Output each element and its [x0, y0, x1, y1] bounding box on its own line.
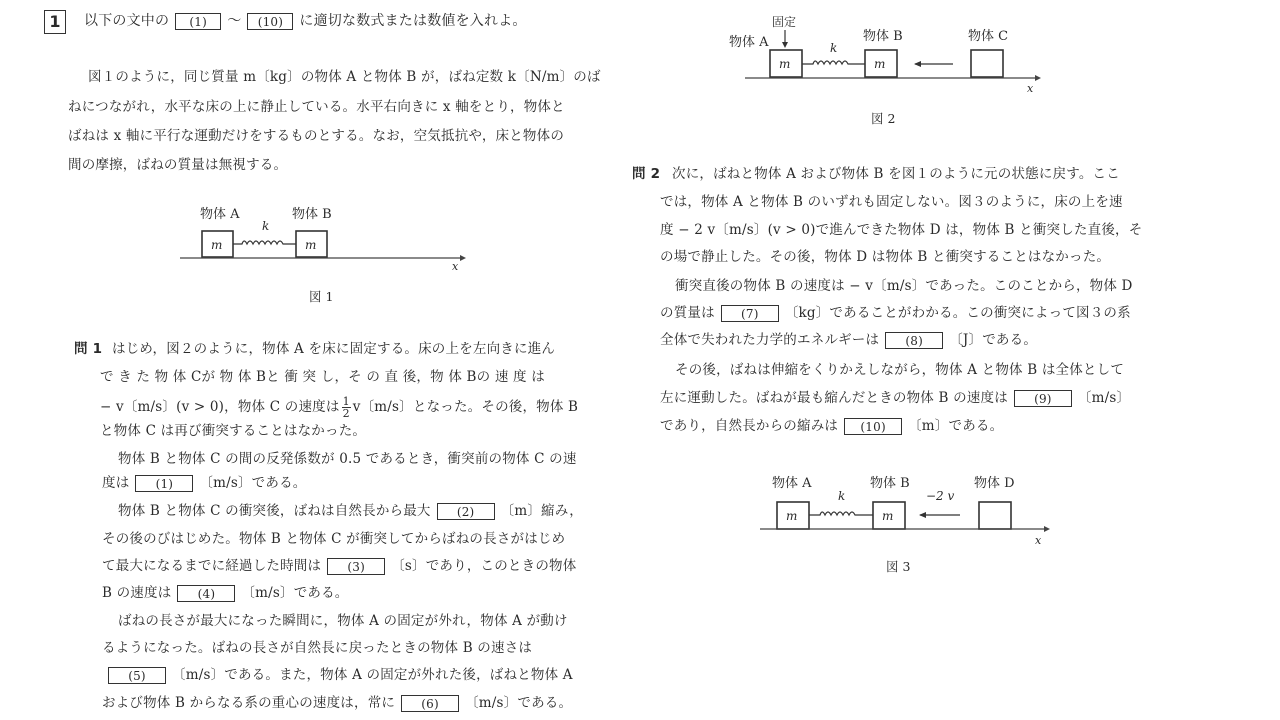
- q2-label: 問 2: [632, 165, 660, 183]
- q1-p3-line-4b: 〔m/s〕である。: [241, 585, 348, 601]
- fraction-one-half: 12: [342, 396, 351, 419]
- fig2-axis-label: x: [1027, 82, 1034, 94]
- fraction-denominator: 2: [342, 408, 351, 419]
- figure-2-caption: 図 2: [871, 109, 895, 127]
- fig3-axis-arrow-icon: [1044, 526, 1050, 532]
- answer-box-5[interactable]: (5): [108, 667, 166, 684]
- q1-line-4: と物体 C は再び衝突することはなかった。: [100, 422, 366, 440]
- fig1-axis-arrow-icon: [460, 255, 466, 261]
- fig2-fixed-arrow-icon: [782, 42, 788, 48]
- answer-box-6[interactable]: (6): [401, 695, 459, 712]
- fig1-spring-icon: [233, 241, 296, 244]
- fig1-mass-b: m: [305, 238, 316, 252]
- answer-box-8[interactable]: (8): [885, 332, 943, 349]
- q1-p4-line-1: ばねの長さが最大になった瞬間に，物体 A の固定が外れ，物体 A が動け: [118, 612, 568, 630]
- q2-p2-line-1: 衝突直後の物体 B の速度は − v〔m/s〕であった。このことから，物体 D: [675, 277, 1133, 295]
- answer-box-10[interactable]: (10): [844, 418, 902, 435]
- fig2-axis-arrow-icon: [1035, 75, 1041, 81]
- fig2-velocity-arrow-icon: [914, 61, 921, 67]
- instruction: 以下の文中の(1)～(10)に適切な数式または数値を入れよ。: [84, 12, 527, 30]
- q1-p3-line-3: て最大になるまでに経過した時間は(3)〔s〕であり，このときの物体: [102, 557, 576, 575]
- q2-p2-line-2b: 〔kg〕であることがわかる。この衝突によって図３の系: [785, 305, 1131, 321]
- answer-box-1[interactable]: (1): [135, 475, 193, 492]
- fig2-spring-icon: [802, 61, 865, 64]
- intro-line-3: ばねは x 軸に平行な運動だけをするものとする。なお，空気抵抗や，床と物体の: [68, 127, 564, 145]
- q1-p4-line-3: (5)〔m/s〕である。また，物体 A の固定が外れた後，ばねと物体 A: [100, 666, 573, 684]
- q1-p4-line-4b: 〔m/s〕である。: [465, 695, 572, 711]
- intro-line-1: 図１のように，同じ質量 m〔kg〕の物体 A と物体 B が，ばね定数 k〔N/…: [88, 68, 601, 86]
- q1-p4-line-4a: および物体 B からなる系の重心の速度は，常に: [102, 695, 395, 711]
- q1-p3-line-4a: B の速度は: [102, 585, 171, 601]
- fig1-mass-a: m: [211, 238, 222, 252]
- q1-p2-line-1: 物体 B と物体 C の間の反発係数が 0.5 であるとき，衝突前の物体 C の…: [118, 450, 577, 468]
- q2-p3-line-2: 左に運動した。ばねが最も縮んだときの物体 B の速度は(9)〔m/s〕: [660, 389, 1130, 407]
- fig3-velocity-arrow-icon: [919, 512, 926, 518]
- q1-p4-line-3b: 〔m/s〕である。また，物体 A の固定が外れた後，ばねと物体 A: [172, 667, 573, 683]
- q1-p3-line-4: B の速度は(4)〔m/s〕である。: [102, 584, 349, 602]
- figure-1-diagram: 物体 A 物体 B k m m x: [170, 200, 480, 280]
- fig2-spring-label: k: [830, 41, 837, 55]
- fig2-label-a: 物体 A: [729, 34, 769, 50]
- fig3-mass-a: m: [786, 509, 797, 523]
- figure-3-caption: 図 3: [886, 557, 910, 575]
- q2-p3-line-1: その後，ばねは伸縮をくりかえしながら，物体 A と物体 B は全体として: [675, 361, 1124, 379]
- q2-line-4: の場で静止した。その後，物体 D は物体 B と衝突することはなかった。: [660, 248, 1110, 266]
- fig2-object-c: [971, 50, 1003, 77]
- answer-box-2[interactable]: (2): [437, 503, 495, 520]
- fig3-mass-b: m: [882, 509, 893, 523]
- q1-p4-line-2: るようになった。ばねの長さが自然長に戻ったときの物体 B の速さは: [102, 639, 532, 657]
- q2-p3-line-3: であり，自然長からの縮みは(10)〔m〕である。: [660, 417, 1003, 435]
- q2-line-1: 次に，ばねと物体 A および物体 B を図１のように元の状態に戻す。ここ: [672, 165, 1120, 183]
- q2-p2-line-2a: の質量は: [660, 305, 715, 321]
- q1-p4-line-4: および物体 B からなる系の重心の速度は，常に(6)〔m/s〕である。: [102, 694, 572, 712]
- q1-line-3: − v〔m/s〕(v > 0)，物体 C の速度は12v〔m/s〕となった。その…: [100, 396, 578, 419]
- fig2-label-c: 物体 C: [968, 28, 1008, 44]
- fig3-velocity-label: −2 v: [926, 489, 955, 503]
- fig2-label-b: 物体 B: [863, 28, 903, 44]
- q1-p3-line-3a: て最大になるまでに経過した時間は: [102, 558, 321, 574]
- intro-line-4: 間の摩擦，ばねの質量は無視する。: [68, 156, 287, 174]
- fig1-label-b: 物体 B: [292, 206, 332, 222]
- answer-box-range-start: (1): [175, 13, 221, 30]
- q2-p3-line-2b: 〔m/s〕: [1078, 390, 1130, 406]
- fig3-label-a: 物体 A: [772, 475, 812, 491]
- answer-box-7[interactable]: (7): [721, 305, 779, 322]
- q2-line-2: では，物体 A と物体 B のいずれも固定しない。図３のように，床の上を速: [660, 193, 1123, 211]
- q2-p2-line-3b: 〔J〕である。: [949, 332, 1037, 348]
- fig3-spring-icon: [809, 512, 873, 515]
- fig2-mass-a: m: [779, 57, 790, 71]
- q2-line-3: 度 − 2 v〔m/s〕(v > 0)で進んできた物体 D は，物体 B と衝突…: [660, 221, 1142, 239]
- fig2-fixed-label: 固定: [772, 15, 796, 29]
- fig3-axis-label: x: [1035, 534, 1042, 547]
- problem-number-badge: 1: [44, 10, 66, 34]
- figure-3-diagram: 物体 A 物体 B 物体 D k −2 v m m x: [760, 470, 1060, 550]
- fig3-label-b: 物体 B: [870, 475, 910, 491]
- answer-box-4[interactable]: (4): [177, 585, 235, 602]
- q1-line-1: はじめ，図２のように，物体 A を床に固定する。床の上を左向きに進ん: [112, 340, 555, 358]
- answer-box-range-end: (10): [247, 13, 293, 30]
- fig1-spring-label: k: [262, 219, 269, 233]
- answer-box-9[interactable]: (9): [1014, 390, 1072, 407]
- q2-p3-line-2a: 左に運動した。ばねが最も縮んだときの物体 B の速度は: [660, 390, 1008, 406]
- q1-line-3a: − v〔m/s〕(v > 0)，物体 C の速度は: [100, 399, 340, 415]
- fig2-mass-b: m: [874, 57, 885, 71]
- answer-box-3[interactable]: (3): [327, 558, 385, 575]
- q1-p3-line-3b: 〔s〕であり，このときの物体: [391, 558, 576, 574]
- q1-p2-line-2b: 〔m/s〕である。: [199, 475, 306, 491]
- q2-p3-line-3a: であり，自然長からの縮みは: [660, 418, 838, 434]
- fig3-object-d: [979, 502, 1011, 529]
- instruction-tilde: ～: [227, 13, 241, 29]
- figure-1-caption: 図 1: [309, 287, 333, 305]
- q2-p2-line-3a: 全体で失われた力学的エネルギーは: [660, 332, 879, 348]
- q1-p3-line-2: その後のびはじめた。物体 B と物体 C が衝突してからばねの長さがはじめ: [102, 530, 565, 548]
- q1-p2-line-2a: 度は: [102, 475, 129, 491]
- intro-line-2: ねにつながれ，水平な床の上に静止している。水平右向きに x 軸をとり，物体と: [68, 98, 565, 116]
- q1-line-3b: v〔m/s〕となった。その後，物体 B: [353, 399, 578, 415]
- q2-p2-line-2: の質量は(7)〔kg〕であることがわかる。この衝突によって図３の系: [660, 304, 1131, 322]
- q1-p2-line-2: 度は(1)〔m/s〕である。: [102, 474, 306, 492]
- q1-p3-line-1a: 物体 B と物体 C の衝突後，ばねは自然長から最大: [118, 503, 431, 519]
- instruction-prefix: 以下の文中の: [84, 13, 169, 29]
- fig3-label-d: 物体 D: [974, 475, 1015, 491]
- q1-p3-line-1: 物体 B と物体 C の衝突後，ばねは自然長から最大(2)〔m〕縮み，: [118, 502, 583, 520]
- fig1-label-a: 物体 A: [200, 206, 240, 222]
- instruction-suffix: に適切な数式または数値を入れよ。: [299, 13, 526, 29]
- fig1-axis-label: x: [452, 260, 459, 273]
- q1-label: 問 1: [74, 340, 102, 358]
- figure-2-diagram: 固定 物体 A 物体 B 物体 C k m m x: [725, 12, 1045, 94]
- q2-p2-line-3: 全体で失われた力学的エネルギーは(8)〔J〕である。: [660, 331, 1037, 349]
- q1-line-2: で き た 物 体 Cが 物 体 Bと 衝 突 し，そ の 直 後，物 体 Bの…: [100, 368, 545, 386]
- q2-p3-line-3b: 〔m〕である。: [908, 418, 1003, 434]
- q1-p3-line-1b: 〔m〕縮み，: [501, 503, 583, 519]
- fig3-spring-label: k: [838, 489, 845, 503]
